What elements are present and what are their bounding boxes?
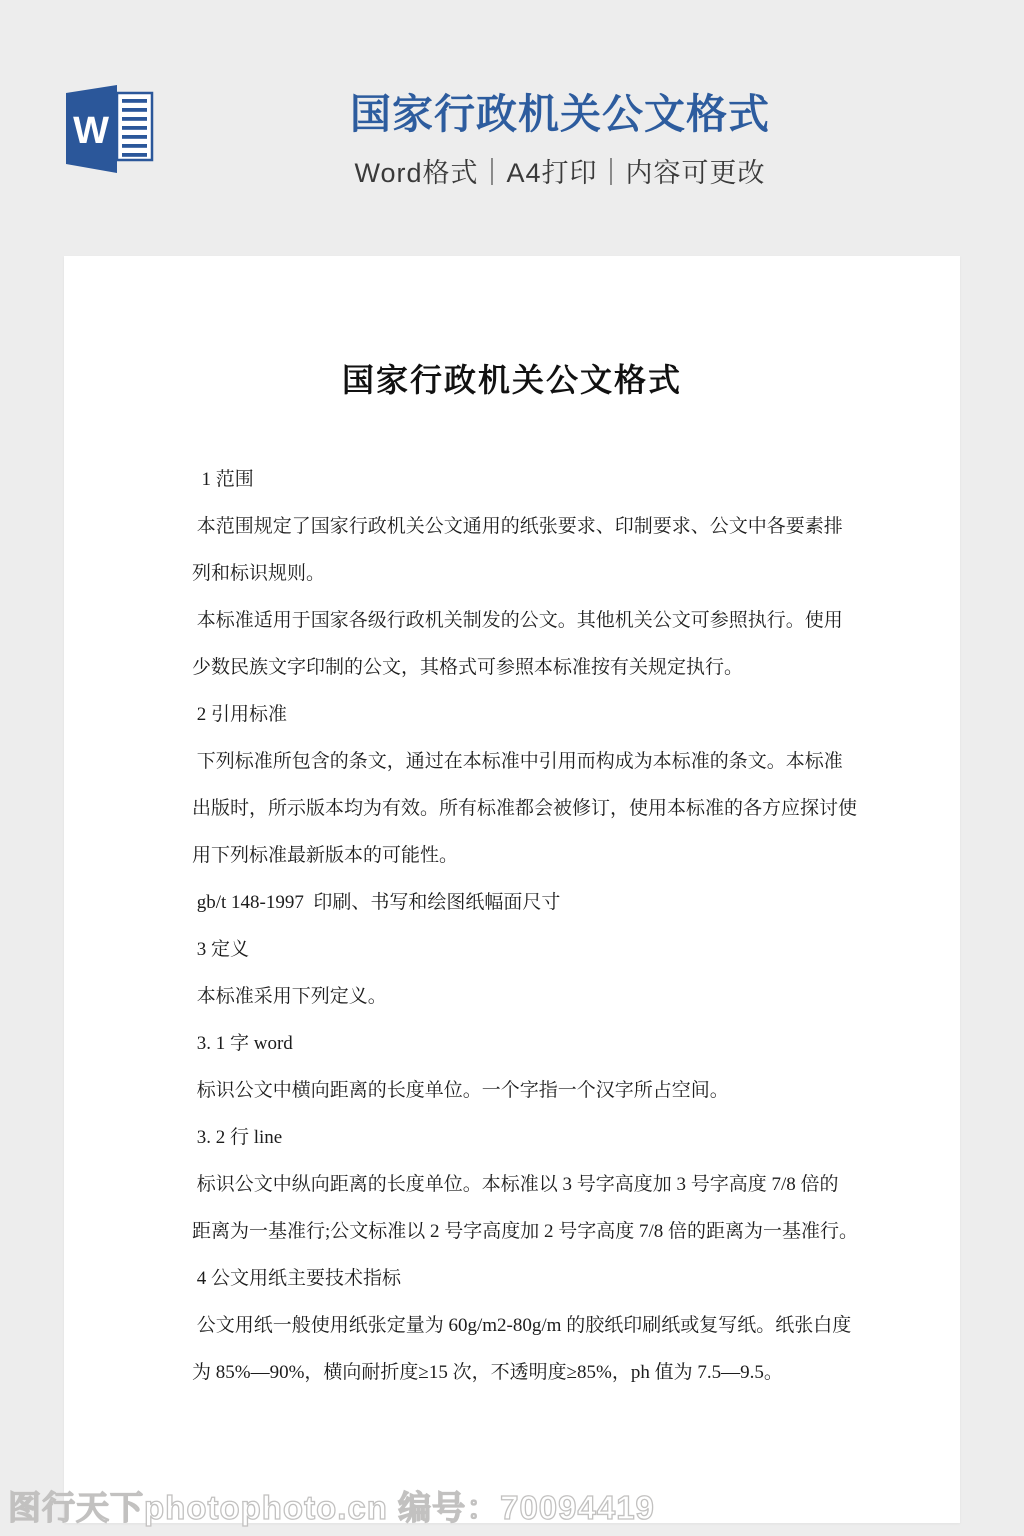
svg-text:W: W xyxy=(73,110,109,152)
document-line: 本标准采用下列定义。 xyxy=(192,973,850,1020)
header-banner: W 国家行政机关公文格式 Word格式｜A4打印｜内容可更改 xyxy=(0,0,1024,256)
ms-word-icon: W xyxy=(64,84,154,174)
template-title: 国家行政机关公文格式 xyxy=(210,90,910,138)
document-line: 本标准适用于国家各级行政机关制发的公文。其他机关公文可参照执行。使用 xyxy=(192,597,850,644)
document-line: 用下列标准最新版本的可能性。 xyxy=(192,832,850,879)
document-line: 2 引用标准 xyxy=(192,691,850,738)
document-line: 1 范围 xyxy=(192,456,850,503)
document-line: 出版时，所示版本均为有效。所有标准都会被修订，使用本标准的各方应探讨使 xyxy=(192,785,850,832)
watermark-text: 图行天下photophoto.cn 编号：70094419 xyxy=(8,1482,655,1529)
document-line: 3 定义 xyxy=(192,926,850,973)
document-line: 列和标识规则。 xyxy=(192,550,850,597)
template-subtitle: Word格式｜A4打印｜内容可更改 xyxy=(210,151,910,190)
document-line: 标识公文中纵向距离的长度单位。本标准以 3 号字高度加 3 号字高度 7/8 倍… xyxy=(192,1161,850,1208)
document-line: 标识公文中横向距离的长度单位。一个字指一个汉字所占空间。 xyxy=(192,1067,850,1114)
header-text-block: 国家行政机关公文格式 Word格式｜A4打印｜内容可更改 xyxy=(210,90,910,190)
document-line: 3. 1 字 word xyxy=(192,1020,850,1067)
document-line: 为 85%—90%，横向耐折度≥15 次，不透明度≥85%，ph 值为 7.5—… xyxy=(192,1349,850,1396)
document-line: 下列标准所包含的条文，通过在本标准中引用而构成为本标准的条文。本标准 xyxy=(192,738,850,785)
document-title: 国家行政机关公文格式 xyxy=(64,256,960,402)
document-line: 3. 2 行 line xyxy=(192,1114,850,1161)
document-line: 公文用纸一般使用纸张定量为 60g/m2-80g/m 的胶纸印刷纸或复写纸。纸张… xyxy=(192,1302,850,1349)
document-line: 4 公文用纸主要技术指标 xyxy=(192,1255,850,1302)
document-line: gb/t 148-1997 印刷、书写和绘图纸幅面尺寸 xyxy=(192,879,850,926)
document-page: 国家行政机关公文格式 1 范围 本范围规定了国家行政机关公文通用的纸张要求、印制… xyxy=(64,256,960,1523)
document-body: 1 范围 本范围规定了国家行政机关公文通用的纸张要求、印制要求、公文中各要素排列… xyxy=(64,456,960,1396)
document-line: 距离为一基准行;公文标准以 2 号字高度加 2 号字高度 7/8 倍的距离为一基… xyxy=(192,1208,850,1255)
document-line: 少数民族文字印制的公文，其格式可参照本标准按有关规定执行。 xyxy=(192,644,850,691)
document-line: 本范围规定了国家行政机关公文通用的纸张要求、印制要求、公文中各要素排 xyxy=(192,503,850,550)
